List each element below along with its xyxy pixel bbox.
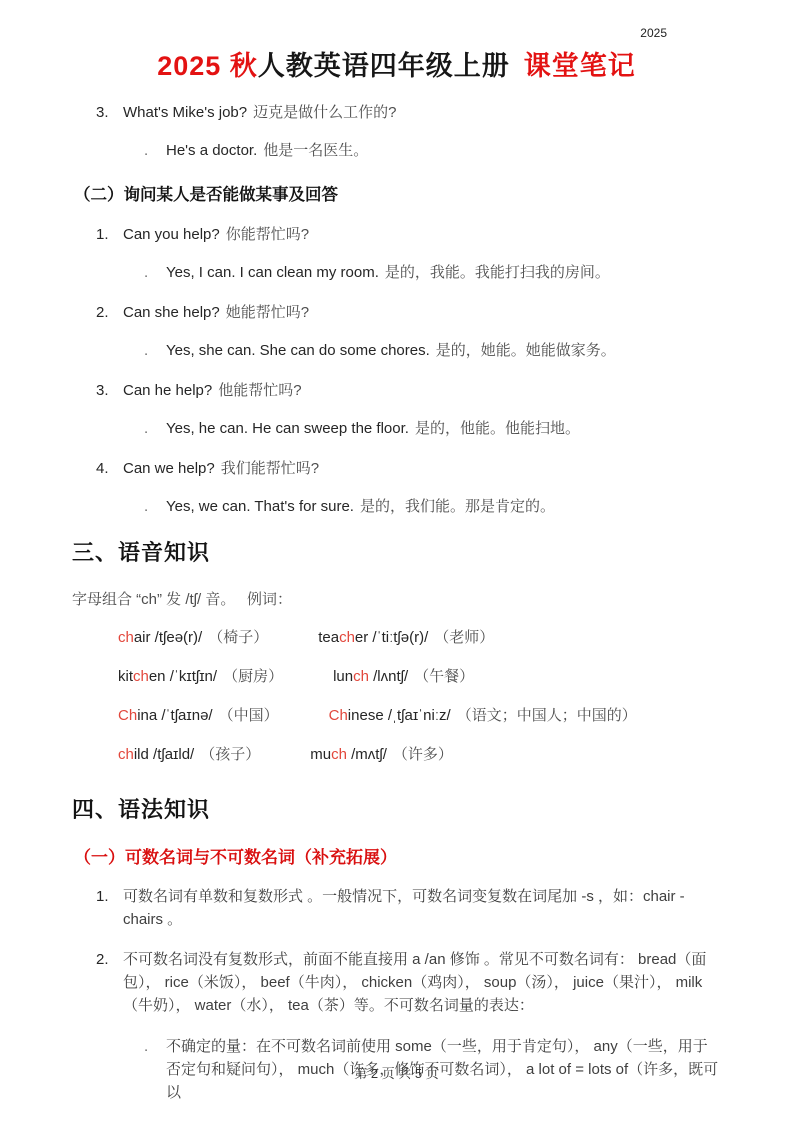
bullet-dot: .	[144, 262, 166, 283]
bullet-dot: .	[144, 496, 166, 517]
corner-year: 2025	[72, 0, 721, 40]
meaning-chinese: （午餐）	[414, 668, 474, 685]
question-text: Can he help?他能帮忙吗?	[123, 380, 302, 401]
answer-chinese: 是的，我能。我能打扫我的房间。	[385, 264, 610, 281]
question-chinese: 你能帮忙吗?	[226, 226, 309, 243]
question-chinese: 我们能帮忙吗?	[221, 460, 319, 477]
word-prefix: mu	[310, 746, 331, 763]
phonics-word: child /tʃaɪld/（孩子）	[118, 744, 260, 765]
word-prefix: tea	[318, 629, 339, 646]
question-english: Can you help?	[123, 226, 220, 243]
question-chinese: 他能帮忙吗?	[218, 382, 301, 399]
answer-text: Yes, she can. She can do some chores.是的，…	[166, 340, 616, 361]
item-number: 4.	[96, 458, 123, 479]
ch-highlight: ch	[133, 668, 149, 685]
title-red-suffix: 课堂笔记	[524, 51, 636, 81]
word-suffix: ina	[137, 707, 157, 724]
question-chinese: 迈克是做什么工作的?	[253, 104, 396, 121]
phonics-word: lunch /lʌntʃ/（午餐）	[333, 666, 474, 687]
page-footer: 第 2 页 共 5 页	[0, 1063, 793, 1082]
question-english: Can we help?	[123, 460, 215, 477]
title-black-mid: 人教英语四年级上册	[258, 51, 510, 81]
phonetic: /ˈtiːtʃə(r)/	[368, 629, 428, 646]
answer-text: Yes, he can. He can sweep the floor.是的，他…	[166, 418, 580, 439]
bullet-dot: .	[144, 418, 166, 439]
phonics-word: kitchen /ˈkɪtʃɪn/（厨房）	[118, 666, 283, 687]
phonics-word: much /mʌtʃ/（许多）	[310, 744, 453, 765]
answer-text: He's a doctor.他是一名医生。	[166, 140, 368, 161]
page-title: 2025 秋人教英语四年级上册课堂笔记	[72, 44, 721, 83]
meaning-chinese: （厨房）	[223, 668, 283, 685]
question-text: Can you help?你能帮忙吗?	[123, 224, 309, 245]
section-heading-can: （二）询问某人是否能做某事及回答	[74, 181, 721, 205]
question-row: 4. Can we help?我们能帮忙吗?	[96, 458, 721, 479]
word-prefix: kit	[118, 668, 133, 685]
ch-highlight: ch	[339, 629, 355, 646]
grammar-item: 1. 可数名词有单数和复数形式 。一般情况下，可数名词变复数在词尾加 -s ，如…	[96, 885, 721, 931]
ch-highlight: Ch	[118, 707, 137, 724]
answer-text: Yes, I can. I can clean my room.是的，我能。我能…	[166, 262, 610, 283]
question-chinese: 她能帮忙吗?	[226, 304, 309, 321]
phonetic: /tʃeə(r)/	[151, 629, 203, 646]
phonics-row: chair /tʃeə(r)/（椅子） teacher /ˈtiːtʃə(r)/…	[118, 627, 721, 648]
answer-english: Yes, we can. That's for sure.	[166, 498, 354, 515]
question-english: What's Mike's job?	[123, 104, 247, 121]
phonics-word: Chinese /ˌtʃaɪˈniːz/（语文；中国人；中国的）	[329, 705, 637, 726]
question-english: Can he help?	[123, 382, 212, 399]
question-text: Can we help?我们能帮忙吗?	[123, 458, 319, 479]
phonics-word: China /ˈtʃaɪnə/（中国）	[118, 705, 279, 726]
answer-chinese: 他是一名医生。	[263, 142, 368, 159]
item-number: 2.	[96, 302, 123, 323]
meaning-chinese: （老师）	[434, 629, 494, 646]
answer-row: . Yes, we can. That's for sure.是的，我们能。那是…	[144, 496, 721, 517]
answer-text: Yes, we can. That's for sure.是的，我们能。那是肯定…	[166, 496, 555, 517]
grammar-subheading: （一）可数名词与不可数名词（补充拓展）	[74, 843, 721, 868]
phonetic: /ˈkɪtʃɪn/	[166, 668, 218, 685]
answer-row-job: . He's a doctor.他是一名医生。	[144, 140, 721, 161]
meaning-chinese: （语文；中国人；中国的）	[457, 707, 637, 724]
word-suffix: inese	[348, 707, 384, 724]
phonetic: /ˌtʃaɪˈniːz/	[384, 707, 451, 724]
item-number: 3.	[96, 102, 123, 123]
word-suffix: er	[355, 629, 368, 646]
answer-row: . Yes, she can. She can do some chores.是…	[144, 340, 721, 361]
word-suffix: en	[149, 668, 166, 685]
phonics-row: China /ˈtʃaɪnə/（中国） Chinese /ˌtʃaɪˈniːz/…	[118, 705, 721, 726]
answer-english: He's a doctor.	[166, 142, 257, 159]
grammar-item: 2. 不可数名词没有复数形式，前面不能直接用 a /an 修饰 。常见不可数名词…	[96, 948, 721, 1017]
answer-english: Yes, I can. I can clean my room.	[166, 264, 379, 281]
question-row: 3. Can he help?他能帮忙吗?	[96, 380, 721, 401]
ch-highlight: ch	[118, 746, 134, 763]
answer-chinese: 是的，我们能。那是肯定的。	[360, 498, 555, 515]
item-number: 1.	[96, 885, 123, 931]
item-number: 3.	[96, 380, 123, 401]
phonetic: /lʌntʃ/	[369, 668, 408, 685]
grammar-text: 可数名词有单数和复数形式 。一般情况下，可数名词变复数在词尾加 -s ，如：ch…	[123, 885, 721, 931]
phonics-row: kitchen /ˈkɪtʃɪn/（厨房） lunch /lʌntʃ/（午餐）	[118, 666, 721, 687]
answer-row: . Yes, he can. He can sweep the floor.是的…	[144, 418, 721, 439]
document-page: 2025 2025 秋人教英语四年级上册课堂笔记 3. What's Mike'…	[0, 0, 793, 1104]
meaning-chinese: （许多）	[393, 746, 453, 763]
question-text: Can she help?她能帮忙吗?	[123, 302, 309, 323]
phonics-intro: 字母组合 “ch” 发 /tʃ/ 音。 例词：	[72, 588, 721, 609]
phonics-row: child /tʃaɪld/（孩子） much /mʌtʃ/（许多）	[118, 744, 721, 765]
ch-highlight: ch	[331, 746, 347, 763]
bullet-dot: .	[144, 140, 166, 161]
answer-english: Yes, he can. He can sweep the floor.	[166, 420, 409, 437]
item-number: 2.	[96, 948, 123, 1017]
answer-chinese: 是的，她能。她能做家务。	[436, 342, 616, 359]
phonetic: /mʌtʃ/	[347, 746, 387, 763]
ch-highlight: ch	[353, 668, 369, 685]
question-row: 1. Can you help?你能帮忙吗?	[96, 224, 721, 245]
meaning-chinese: （椅子）	[208, 629, 268, 646]
word-suffix: ild	[134, 746, 149, 763]
grammar-text: 不可数名词没有复数形式，前面不能直接用 a /an 修饰 。常见不可数名词有： …	[123, 948, 721, 1017]
meaning-chinese: （孩子）	[200, 746, 260, 763]
question-row: 2. Can she help?她能帮忙吗?	[96, 302, 721, 323]
section-heading-phonics: 三、语音知识	[72, 536, 721, 567]
item-number: 1.	[96, 224, 123, 245]
word-suffix: air	[134, 629, 151, 646]
word-prefix: lun	[333, 668, 353, 685]
answer-english: Yes, she can. She can do some chores.	[166, 342, 430, 359]
phonics-word: teacher /ˈtiːtʃə(r)/（老师）	[318, 627, 494, 648]
ch-highlight: Ch	[329, 707, 348, 724]
ch-highlight: ch	[118, 629, 134, 646]
bullet-dot: .	[144, 340, 166, 361]
phonetic: /tʃaɪld/	[149, 746, 194, 763]
section-heading-grammar: 四、语法知识	[72, 793, 721, 824]
question-row-job: 3. What's Mike's job?迈克是做什么工作的?	[96, 102, 721, 123]
question-english: Can she help?	[123, 304, 220, 321]
question-text: What's Mike's job?迈克是做什么工作的?	[123, 102, 396, 123]
phonetic: /ˈtʃaɪnə/	[157, 707, 212, 724]
title-red-prefix: 2025 秋	[157, 51, 258, 81]
meaning-chinese: （中国）	[219, 707, 279, 724]
phonics-word: chair /tʃeə(r)/（椅子）	[118, 627, 268, 648]
answer-row: . Yes, I can. I can clean my room.是的，我能。…	[144, 262, 721, 283]
answer-chinese: 是的，他能。他能扫地。	[415, 420, 580, 437]
